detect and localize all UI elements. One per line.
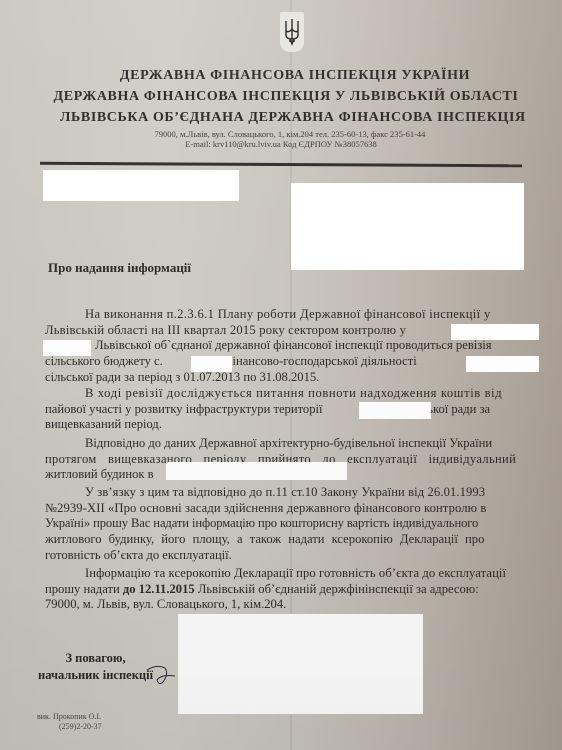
p4-line-4: житлового будинку, його площу, а також н… xyxy=(45,532,523,548)
p1-line-3: Львівської об`єднаної державної фінансов… xyxy=(45,338,523,354)
coat-of-arms xyxy=(280,12,304,52)
p3-line-1: Відповідно до даних Державної архітектур… xyxy=(45,436,523,452)
p1-line-4: сільського бюджету с. та фінансово-госпо… xyxy=(45,354,523,370)
paragraph-1: На виконання п.2.3.6.1 Плану роботи Держ… xyxy=(45,307,523,386)
redacted-sector-name-b xyxy=(43,340,91,356)
p4-line-2: №2939-XII «Про основні засади здійснення… xyxy=(45,501,523,517)
header-contact-address: 79000, м.Львів, вул. Словацького, 1, кім… xyxy=(60,129,520,139)
redacted-sector-name-a xyxy=(451,324,539,340)
header-contact-email: E-mail: krv110@kru.lviv.ua Код ЄДРПОУ №3… xyxy=(42,139,520,149)
redacted-addressee xyxy=(291,183,524,270)
redacted-territory-name xyxy=(359,402,431,419)
p2-line-1: В ході ревізії досліджується питання пов… xyxy=(45,386,523,402)
paragraph-2: В ході ревізії досліджується питання пов… xyxy=(45,386,523,433)
p5-line-3: 79000, м. Львів, вул. Словацького, 1, кі… xyxy=(45,597,523,613)
executor-name: вик. Прокопик О.І. xyxy=(37,712,102,722)
header-divider xyxy=(40,162,522,168)
header-line-1: ДЕРЖАВНА ФІНАНСОВА ІНСПЕКЦІЯ УКРАЇНИ xyxy=(70,68,520,84)
paragraph-5: Інформацію та ксерокопію Декларації про … xyxy=(45,566,523,613)
closing-block: З повагою, начальник інспекції xyxy=(38,650,153,684)
letter-subject: Про надання інформації xyxy=(48,260,191,276)
closing-regards: З повагою, xyxy=(38,650,153,667)
p1-line-5: сільської ради за період з 01.07.2013 по… xyxy=(45,370,523,386)
p2-line-3: вищевказаний період. xyxy=(45,417,523,433)
redacted-village-name xyxy=(191,356,232,372)
deadline-date: до 12.11.2015 xyxy=(123,582,195,596)
redacted-building-location xyxy=(166,462,347,480)
p4-line-1: У зв’язку з цим та відповідно до п.11 ст… xyxy=(45,485,523,501)
redacted-signatory xyxy=(178,614,423,714)
redacted-outgoing-number xyxy=(43,170,239,201)
trident-coat-of-arms-icon xyxy=(283,17,301,47)
p5-line-2: прошу надати до 12.11.2015 Львівській об… xyxy=(45,582,523,598)
p1-line-1: На виконання п.2.3.6.1 Плану роботи Держ… xyxy=(45,307,523,323)
letterhead: ДЕРЖАВНА ФІНАНСОВА ІНСПЕКЦІЯ УКРАЇНИ ДЕР… xyxy=(60,68,520,149)
handwritten-signature-icon xyxy=(145,660,185,690)
paragraph-4: У зв’язку з цим та відповідно до п.11 ст… xyxy=(45,485,523,564)
header-line-2: ДЕРЖАВНА ФІНАНСОВА ІНСПЕКЦІЯ У ЛЬВІВСЬКІ… xyxy=(52,89,520,105)
p5-line-1: Інформацію та ксерокопію Декларації про … xyxy=(45,566,523,582)
p2-line-2: пайової участі у розвитку інфраструктури… xyxy=(45,402,523,418)
executor-info: вик. Прокопик О.І. (259)2-20-37 xyxy=(37,712,102,732)
executor-phone: (259)2-20-37 xyxy=(37,722,102,732)
redacted-council-name xyxy=(466,356,539,372)
p4-line-3: Україні» прошу Вас надати інформацію про… xyxy=(45,516,523,532)
p4-line-5: готовність об’єкта до експлуатації. xyxy=(45,548,523,564)
header-line-3: ЛЬВІВСЬКА ОБ’ЄДНАНА ДЕРЖАВНА ФІНАНСОВА І… xyxy=(60,110,520,126)
closing-position: начальник інспекції xyxy=(38,667,153,684)
